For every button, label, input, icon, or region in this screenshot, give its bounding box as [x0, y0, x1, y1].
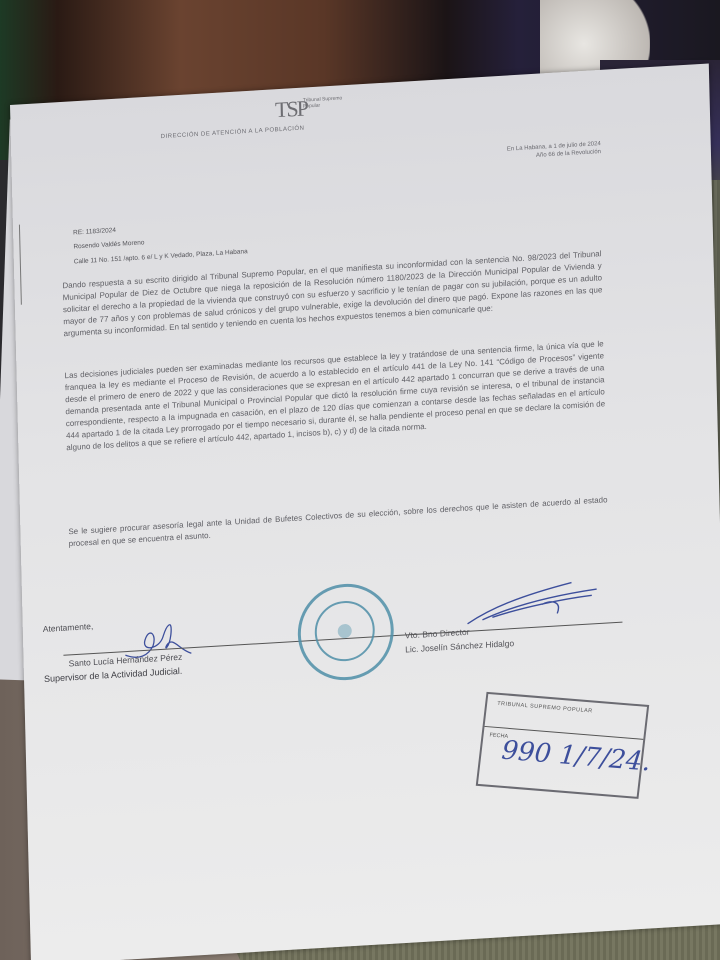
- page-edge: [19, 225, 22, 305]
- body-paragraph-2: Las decisiones judiciales pueden ser exa…: [64, 338, 605, 454]
- recipient-name: Rosendo Valdés Moreno: [73, 239, 144, 250]
- reference-number: RE: 1183/2024: [73, 227, 116, 237]
- signature-2: [461, 571, 602, 629]
- stamp-header: TRIBUNAL SUPREMO POPULAR: [497, 701, 593, 715]
- reception-stamp: TRIBUNAL SUPREMO POPULAR FECHA 990 1/7/2…: [476, 692, 649, 799]
- letterhead-logo: TSP Tribunal Supremo Popular: [275, 93, 346, 123]
- department-heading: DIRECCIÓN DE ATENCIÓN A LA POBLACIÓN: [161, 126, 305, 141]
- closing: Atentamente,: [43, 621, 94, 634]
- body-paragraph-3: Se le sugiere procurar asesoría legal an…: [68, 494, 608, 550]
- logo-text: Tribunal Supremo Popular: [303, 95, 347, 110]
- body-paragraph-1: Dando respuesta a su escrito dirigido al…: [62, 248, 603, 340]
- place-date: En La Habana, a 1 de julio de 2024 Año 6…: [431, 140, 601, 166]
- signer-2-title: Vto. Bno Director: [405, 627, 470, 641]
- signer-1-role: Supervisor de la Actividad Judicial.: [44, 666, 183, 684]
- signer-2-name: Lic. Joselín Sánchez Hidalgo: [405, 638, 514, 654]
- official-seal: [297, 581, 395, 683]
- handwritten-entry: 990 1/7/24.: [500, 736, 652, 778]
- recipient-address: Calle 11 No. 151 /apto. 6 e/ L y K Vedad…: [74, 248, 248, 265]
- document-page: TSP Tribunal Supremo Popular DIRECCIÓN D…: [10, 63, 720, 960]
